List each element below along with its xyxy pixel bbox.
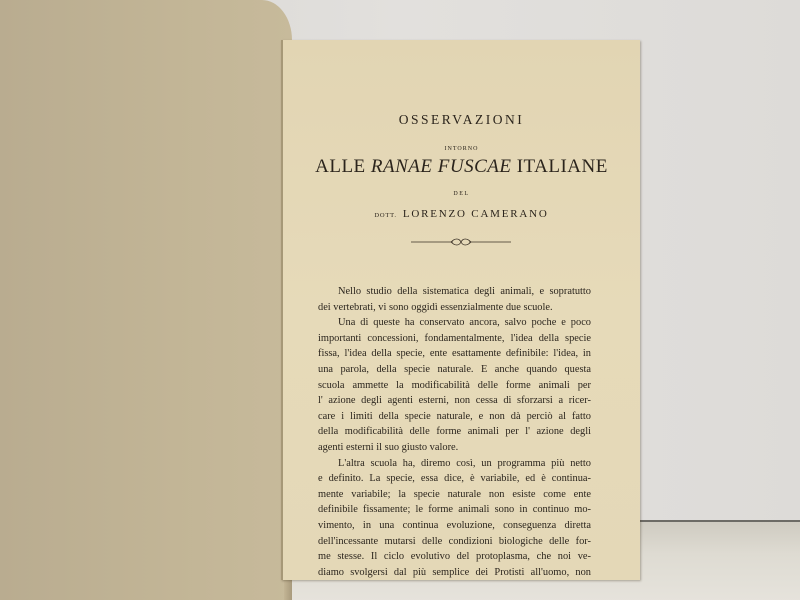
document-page: OSSERVAZIONI INTORNO ALLE RANAE FUSCAE I… <box>281 40 640 580</box>
main-title-pre: ALLE <box>315 156 371 177</box>
text-line: importanti concessioni, fondamentalmente… <box>318 331 591 347</box>
text-line: l' azione degli agenti esterni, non cess… <box>318 393 591 409</box>
paragraph-3: L'altra scuola ha, diremo così, un progr… <box>318 456 591 581</box>
ornament-rule-icon <box>411 237 511 247</box>
main-title-italic: RANAE FUSCAE <box>371 156 512 177</box>
book-cover-left <box>0 0 292 600</box>
author-name: LORENZO CAMERANO <box>403 208 549 220</box>
author-line: DOTT.LORENZO CAMERANO <box>283 208 640 220</box>
text-line: mente variabile; la specie naturale non … <box>318 487 591 503</box>
text-line: e definito. La specie, essa dice, è vari… <box>318 471 591 487</box>
subtitle-intorno: INTORNO <box>283 146 640 152</box>
text-line: Una di queste ha conservato ancora, salv… <box>318 315 591 331</box>
author-prefix: DOTT. <box>374 212 396 219</box>
paragraph-1: Nello studio della sistematica degli ani… <box>318 284 591 315</box>
text-line: Nello studio della sistematica degli ani… <box>318 284 591 300</box>
text-line: dei vertebrati, vi sono oggidì essenzial… <box>318 300 591 316</box>
text-line: L'altra scuola ha, diremo così, un progr… <box>318 456 591 472</box>
del-label: DEL <box>283 191 640 197</box>
text-line: definibile fissamente; le forme animali … <box>318 502 591 518</box>
text-line: agenti esterni il suo giusto valore. <box>318 440 591 456</box>
paragraph-2: Una di queste ha conservato ancora, salv… <box>318 315 591 455</box>
text-line: scuola ammette la modificabilità delle f… <box>318 378 591 394</box>
text-line: una parola, della specie naturale. E anc… <box>318 362 591 378</box>
main-title: ALLE RANAE FUSCAE ITALIANE <box>283 156 640 178</box>
body-text: Nello studio della sistematica degli ani… <box>318 284 591 580</box>
text-line: fissa, l'idea della specie, ente esattam… <box>318 346 591 362</box>
title: OSSERVAZIONI <box>283 112 640 128</box>
main-title-post: ITALIANE <box>511 156 607 177</box>
text-line: care i limiti della specie naturale, e n… <box>318 409 591 425</box>
text-line: me stesse. Il ciclo evolutivo del protop… <box>318 549 591 565</box>
text-line: dell'incessante mutarsi delle condizioni… <box>318 534 591 550</box>
text-line: diamo svolgersi dal più semplice dei Pro… <box>318 565 591 581</box>
text-line: vimento, in una continua evoluzione, con… <box>318 518 591 534</box>
text-line: della modificabilità delle forme animali… <box>318 424 591 440</box>
